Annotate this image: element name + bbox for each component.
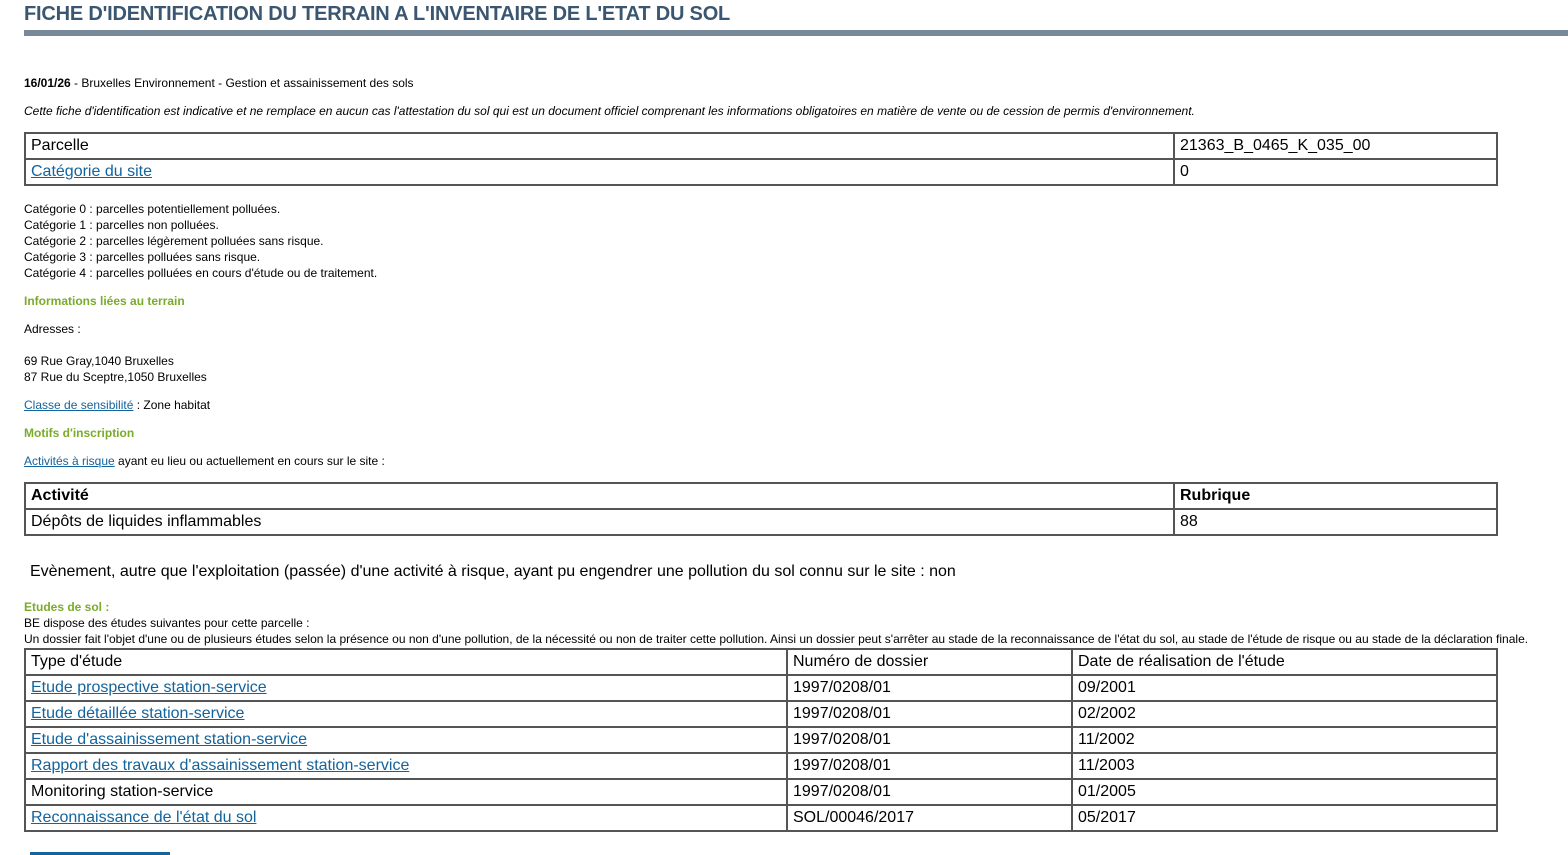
table-row: Rapport des travaux d'assainissement sta…: [25, 753, 1497, 779]
studies-explanation: Un dossier fait l'objet d'une ou de plus…: [24, 631, 1528, 647]
activities-line: Activités à risque ayant eu lieu ou actu…: [24, 453, 385, 469]
date-cell: 11/2003: [1072, 753, 1497, 779]
dossier-cell: 1997/0208/01: [787, 701, 1072, 727]
column-header-dossier: Numéro de dossier: [787, 649, 1072, 675]
study-link[interactable]: Rapport des travaux d'assainissement sta…: [31, 757, 409, 774]
terrain-heading: Informations liées au terrain: [24, 294, 185, 308]
column-header-rubrique: Rubrique: [1174, 483, 1497, 509]
column-header-type: Type d'étude: [25, 649, 787, 675]
address-list: 69 Rue Gray,1040 Bruxelles 87 Rue du Sce…: [24, 353, 207, 385]
title-divider: [24, 30, 1568, 36]
study-link[interactable]: Etude d'assainissement station-service: [31, 731, 307, 748]
dossier-cell: 1997/0208/01: [787, 675, 1072, 701]
activity-cell: Dépôts de liquides inflammables: [25, 509, 1174, 535]
category-value: 0: [1174, 159, 1497, 185]
category-legend-item: Catégorie 3 : parcelles polluées sans ri…: [24, 249, 377, 265]
dossier-cell: SOL/00046/2017: [787, 805, 1072, 831]
date-cell: 11/2002: [1072, 727, 1497, 753]
page-title: FICHE D'IDENTIFICATION DU TERRAIN A L'IN…: [24, 3, 730, 26]
disclaimer: Cette fiche d'identification est indicat…: [24, 103, 1195, 119]
category-legend: Catégorie 0 : parcelles potentiellement …: [24, 201, 377, 281]
sensitivity-link[interactable]: Classe de sensibilité: [24, 398, 133, 412]
source-text: - Bruxelles Environnement - Gestion et a…: [71, 76, 414, 90]
studies-table: Type d'étude Numéro de dossier Date de r…: [24, 648, 1498, 832]
activities-table: Activité Rubrique Dépôts de liquides inf…: [24, 482, 1498, 536]
parcel-table: Parcelle 21363_B_0465_K_035_00 Catégorie…: [24, 132, 1498, 186]
date-cell: 01/2005: [1072, 779, 1497, 805]
rubrique-cell: 88: [1174, 509, 1497, 535]
table-row: Etude d'assainissement station-service 1…: [25, 727, 1497, 753]
event-statement: Evènement, autre que l'exploitation (pas…: [30, 563, 956, 581]
table-row: Etude détaillée station-service 1997/020…: [25, 701, 1497, 727]
category-legend-item: Catégorie 4 : parcelles polluées en cour…: [24, 265, 377, 281]
dossier-cell: 1997/0208/01: [787, 727, 1072, 753]
table-row: Parcelle 21363_B_0465_K_035_00: [25, 133, 1497, 159]
sensitivity-value: : Zone habitat: [133, 398, 210, 412]
dossier-cell: 1997/0208/01: [787, 753, 1072, 779]
sensitivity-line: Classe de sensibilité : Zone habitat: [24, 397, 210, 413]
address-item: 69 Rue Gray,1040 Bruxelles: [24, 353, 207, 369]
truncated-link-below-fold[interactable]: [30, 849, 180, 855]
activities-text: ayant eu lieu ou actuellement en cours s…: [115, 454, 385, 468]
date-cell: 09/2001: [1072, 675, 1497, 701]
parcel-label: Parcelle: [25, 133, 1174, 159]
meta-line: 16/01/26 - Bruxelles Environnement - Ges…: [24, 75, 414, 91]
table-row: Monitoring station-service 1997/0208/01 …: [25, 779, 1497, 805]
addresses-label: Adresses :: [24, 321, 81, 337]
date-cell: 02/2002: [1072, 701, 1497, 727]
column-header-date: Date de réalisation de l'étude: [1072, 649, 1497, 675]
category-legend-item: Catégorie 2 : parcelles légèrement pollu…: [24, 233, 377, 249]
table-row: Reconnaissance de l'état du sol SOL/0004…: [25, 805, 1497, 831]
print-date: 16/01/26: [24, 76, 71, 90]
category-legend-item: Catégorie 0 : parcelles potentiellement …: [24, 201, 377, 217]
category-link[interactable]: Catégorie du site: [31, 163, 152, 180]
date-cell: 05/2017: [1072, 805, 1497, 831]
parcel-value: 21363_B_0465_K_035_00: [1174, 133, 1497, 159]
study-link[interactable]: Etude détaillée station-service: [31, 705, 244, 722]
table-header-row: Activité Rubrique: [25, 483, 1497, 509]
table-header-row: Type d'étude Numéro de dossier Date de r…: [25, 649, 1497, 675]
motifs-heading: Motifs d'inscription: [24, 426, 134, 440]
study-link[interactable]: Etude prospective station-service: [31, 679, 267, 696]
table-row: Etude prospective station-service 1997/0…: [25, 675, 1497, 701]
study-link[interactable]: Reconnaissance de l'état du sol: [31, 809, 256, 826]
address-item: 87 Rue du Sceptre,1050 Bruxelles: [24, 369, 207, 385]
column-header-activity: Activité: [25, 483, 1174, 509]
activities-link[interactable]: Activités à risque: [24, 454, 115, 468]
studies-intro: BE dispose des études suivantes pour cet…: [24, 615, 310, 631]
studies-heading: Etudes de sol :: [24, 600, 109, 614]
dossier-cell: 1997/0208/01: [787, 779, 1072, 805]
category-legend-item: Catégorie 1 : parcelles non polluées.: [24, 217, 377, 233]
table-row: Catégorie du site 0: [25, 159, 1497, 185]
study-type-text: Monitoring station-service: [25, 779, 787, 805]
table-row: Dépôts de liquides inflammables 88: [25, 509, 1497, 535]
